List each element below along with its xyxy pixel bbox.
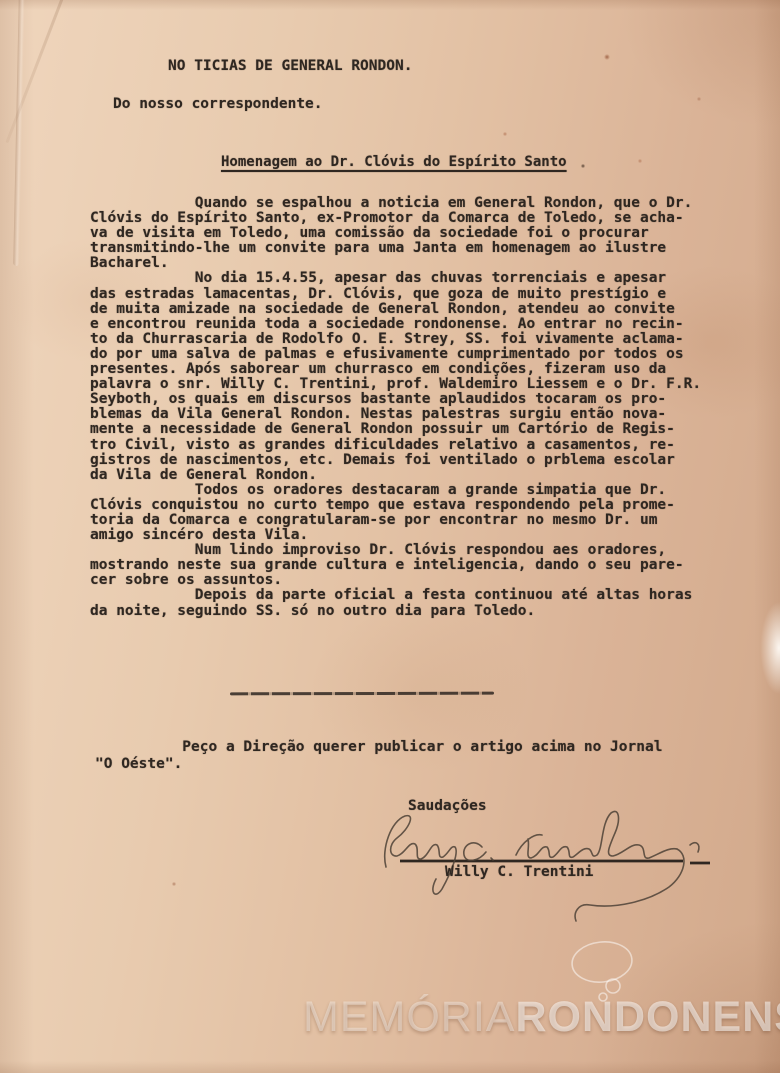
document-title: Homenagem ao Dr. Clóvis do Espírito Sant…	[221, 154, 567, 170]
handwritten-signature	[378, 803, 714, 968]
publication-request-text: Peço a Direção querer publicar o artigo …	[95, 739, 662, 773]
signature-typed-name: Willy C. Trentini	[445, 864, 593, 880]
document-byline: Do nosso correspondente.	[113, 96, 323, 112]
document-kicker: NO TICIAS DE GENERAL RONDON.	[168, 58, 412, 74]
watermark-text-thin: MEMÓRIA	[303, 993, 515, 1041]
watermark-text-bold: RONDONENSE	[515, 993, 780, 1041]
watermark: MEMÓRIARONDONENSE	[303, 993, 780, 1042]
document-scan-page: NO TICIAS DE GENERAL RONDON. Do nosso co…	[0, 0, 780, 1073]
document-body-text: Quando se espalhou a noticia em General …	[90, 196, 701, 619]
